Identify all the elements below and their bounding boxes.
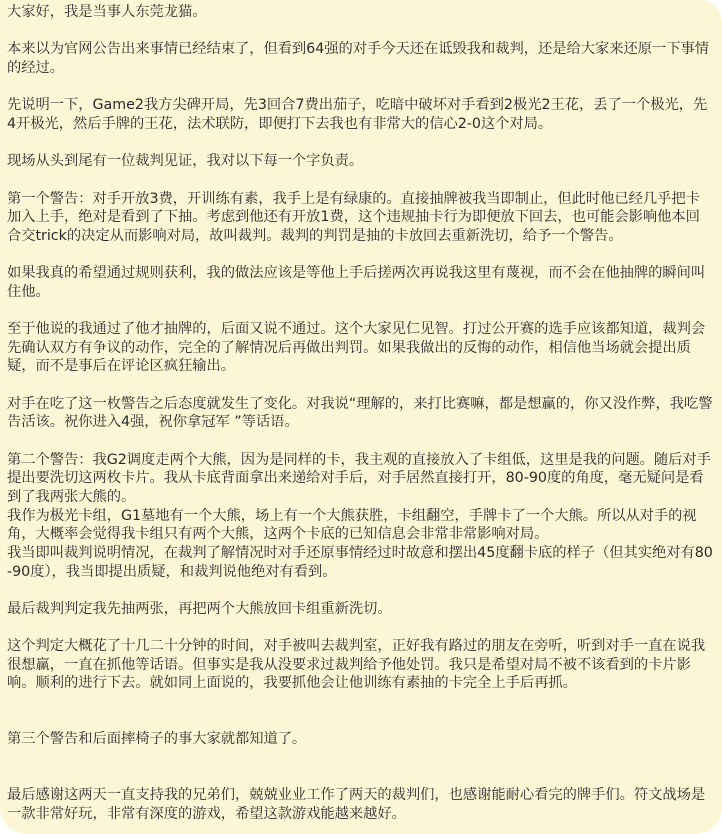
paragraph-spacer xyxy=(7,245,714,264)
paragraph-first-warning: 第一个警告：对手开放3费，开训练有素，我手上是有绿康的。直接抽牌被我当即制止，但… xyxy=(7,190,714,246)
paragraph-spacer xyxy=(7,22,714,41)
post-body: 大家好，我是当事人东莞龙猫。 本来以为官网公告出来事情已经结束了，但看到64强的… xyxy=(7,3,714,824)
paragraph-rules-benefit: 如果我真的希望通过规则获利，我的做法应该是等他上手后搓两次再说我这里有蔑视，而不… xyxy=(7,264,714,301)
paragraph-intro: 本来以为官网公告出来事情已经结束了，但看到64强的对手今天还在诋毁我和裁判，还是… xyxy=(7,40,714,77)
paragraph-game2-context: 先说明一下，Game2我方尖碑开局，先3回合7费出茄子，吃暗中破坏对手看到2极光… xyxy=(7,96,714,133)
paragraph-deck-info: 我作为极光卡组，G1墓地有一个大熊，场上有一个大熊获胜，卡组翻空，手牌卡了一个大… xyxy=(7,507,714,544)
paragraph-greeting: 大家好，我是当事人东莞龙猫。 xyxy=(7,3,714,22)
paragraph-second-warning: 第二个警告：我G2调度走两个大熊，因为是同样的卡，我主观的直接放入了卡组低，这里… xyxy=(7,451,714,507)
paragraph-spacer xyxy=(7,693,714,730)
paragraph-spacer xyxy=(7,581,714,600)
paragraph-spacer xyxy=(7,432,714,451)
paragraph-thanks: 最后感谢这两天一直支持我的兄弟们，兢兢业业工作了两天的裁判们，也感谢能耐心看完的… xyxy=(7,786,714,823)
paragraph-spacer xyxy=(7,376,714,395)
post-card: 大家好，我是当事人东莞龙猫。 本来以为官网公告出来事情已经结束了，但看到64强的… xyxy=(0,0,722,834)
paragraph-spacer xyxy=(7,301,714,320)
paragraph-spacer xyxy=(7,78,714,97)
paragraph-judge-room: 这个判定大概花了十几二十分钟的时间，对手被叫去裁判室，正好我有路过的朋友在旁听，… xyxy=(7,637,714,693)
paragraph-witness: 现场从头到尾有一位裁判见证，我对以下每一个字负责。 xyxy=(7,152,714,171)
paragraph-spacer xyxy=(7,619,714,638)
paragraph-attitude-change: 对手在吃了这一枚警告之后态度就发生了变化。对我说“理解的，来打比赛嘛，都是想赢的… xyxy=(7,395,714,432)
paragraph-spacer xyxy=(7,749,714,786)
paragraph-call-judge: 我当即叫裁判说明情况，在裁判了解情况时对手还原事情经过时故意和摆出45度翻卡底的… xyxy=(7,544,714,581)
paragraph-final-ruling: 最后裁判判定我先抽两张，再把两个大熊放回卡组重新洗切。 xyxy=(7,600,714,619)
paragraph-third-warning: 第三个警告和后面摔椅子的事大家就都知道了。 xyxy=(7,730,714,749)
paragraph-spacer xyxy=(7,134,714,153)
paragraph-spacer xyxy=(7,171,714,190)
paragraph-pass-dispute: 至于他说的我通过了他才抽牌的，后面又说不通过。这个大家见仁见智。打过公开赛的选手… xyxy=(7,320,714,376)
